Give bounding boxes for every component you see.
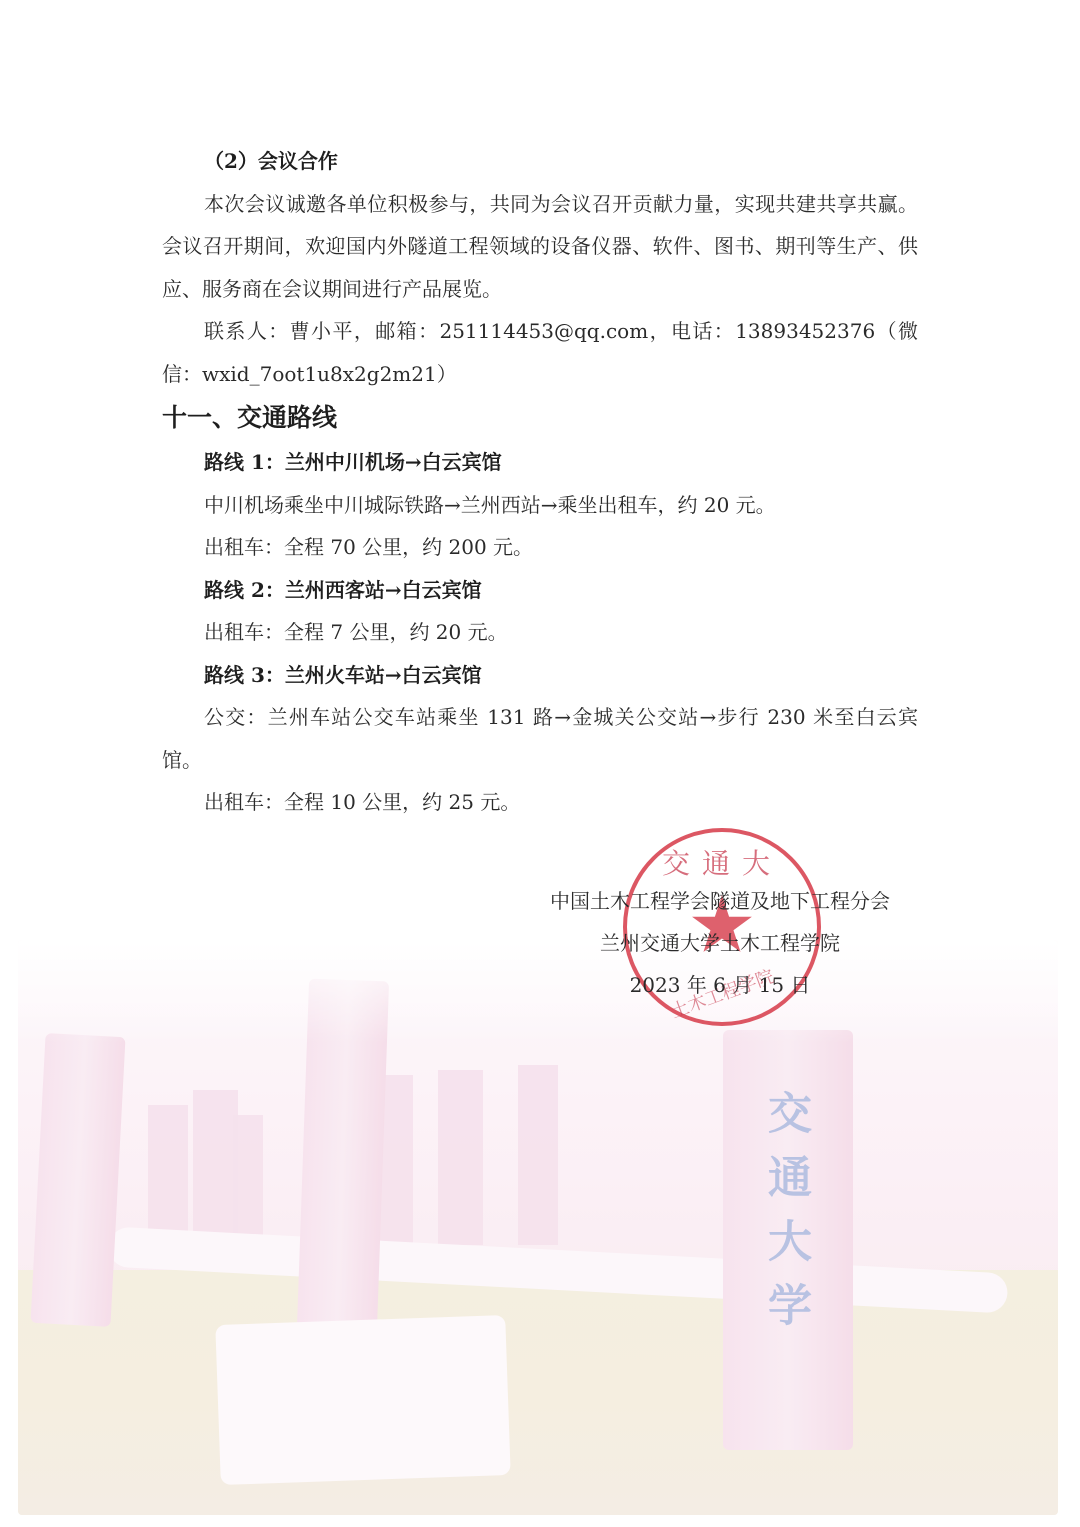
signature-org-1: 中国土木工程学会隧道及地下工程分会 [520,880,920,922]
signature-block: 中国土木工程学会隧道及地下工程分会 兰州交通大学土木工程学院 2023 年 6 … [520,880,920,1006]
route-1-line-1: 中川机场乘坐中川城际铁路→兰州西站→乘坐出租车，约 20 元。 [162,484,918,527]
route-2-title: 路线 2：兰州西客站→白云宾馆 [162,569,918,612]
photo-fade-overlay [18,940,1058,1515]
background-campus-photo: 交通大学 [18,940,1058,1515]
route-1-title: 路线 1：兰州中川机场→白云宾馆 [162,441,918,484]
cooperation-heading: （2）会议合作 [162,140,918,183]
transport-section-heading: 十一、交通路线 [162,395,918,441]
route-3-line-1: 公交：兰州车站公交车站乘坐 131 路→金城关公交站→步行 230 米至白云宾馆… [162,696,918,781]
signature-org-2: 兰州交通大学土木工程学院 [520,922,920,964]
route-2: 路线 2：兰州西客站→白云宾馆 出租车：全程 7 公里，约 20 元。 [162,569,918,654]
route-1: 路线 1：兰州中川机场→白云宾馆 中川机场乘坐中川城际铁路→兰州西站→乘坐出租车… [162,441,918,569]
route-1-line-2: 出租车：全程 70 公里，约 200 元。 [162,526,918,569]
signature-date: 2023 年 6 月 15 日 [520,964,920,1006]
document-body: （2）会议合作 本次会议诚邀各单位积极参与，共同为会议召开贡献力量，实现共建共享… [162,140,918,824]
stamp-top-text: 交通大 [627,842,817,882]
route-3-title: 路线 3：兰州火车站→白云宾馆 [162,654,918,697]
route-3-line-2: 出租车：全程 10 公里，约 25 元。 [162,781,918,824]
contact-info: 联系人：曹小平，邮箱：251114453@qq.com，电话：138934523… [162,310,918,395]
route-3: 路线 3：兰州火车站→白云宾馆 公交：兰州车站公交车站乘坐 131 路→金城关公… [162,654,918,824]
cooperation-paragraph: 本次会议诚邀各单位积极参与，共同为会议召开贡献力量，实现共建共享共赢。会议召开期… [162,183,918,311]
route-2-line-1: 出租车：全程 7 公里，约 20 元。 [162,611,918,654]
